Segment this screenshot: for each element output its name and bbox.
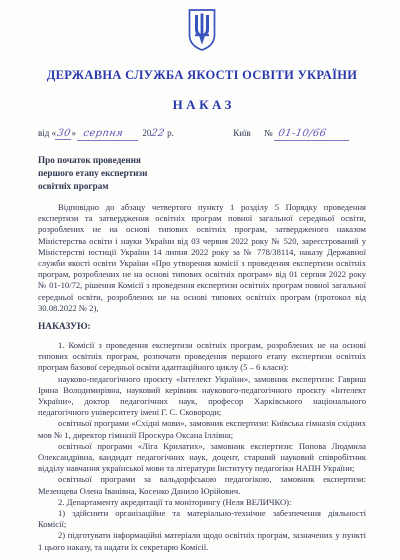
order-heading: НАКАЗ — [38, 97, 366, 113]
date-prefix-label: від « — [38, 128, 56, 138]
order-items: 1. Комісії з проведення експертизи освіт… — [38, 340, 366, 553]
number-sign: № — [264, 128, 273, 138]
preamble-paragraph: Відповідно до абзацу четвертого пункту 1… — [38, 202, 366, 314]
subject-block: Про початок проведення першого етапу екс… — [38, 154, 366, 193]
order-paragraph: освітньої програми за вальдорфською педа… — [38, 474, 366, 496]
scanned-order-document: ДЕРЖАВНА СЛУЖБА ЯКОСТІ ОСВІТИ УКРАЇНИ НА… — [0, 0, 400, 560]
subject-line: першого етапу експертизи — [38, 167, 366, 180]
city-label: Київ — [206, 128, 264, 138]
doc-number-line: № 01-10/66 — [264, 128, 366, 141]
date-line: від «30» серпня2022 р. — [38, 128, 206, 141]
order-paragraph: освітньої програми «Ліга Крилатих», замо… — [38, 441, 366, 475]
subject-line: освітніх програм — [38, 180, 366, 193]
order-paragraph: освітньої програми «Східні мови», замовн… — [38, 418, 366, 440]
handwritten-number: 01-10/66 — [274, 129, 351, 141]
order-paragraph: 2. Департаменту акредитації та моніторин… — [38, 497, 366, 508]
agency-name: ДЕРЖАВНА СЛУЖБА ЯКОСТІ ОСВІТИ УКРАЇНИ — [38, 68, 366, 83]
order-paragraph: 2) підготувати інформаційні матеріали що… — [38, 530, 366, 552]
order-paragraph: науково-педагогічного проєкту «Інтелект … — [38, 374, 366, 419]
handwritten-day: 30 — [55, 129, 72, 140]
resolution-word: НАКАЗУЮ: — [38, 321, 366, 333]
emblem-container — [38, 8, 366, 52]
order-paragraph: 1) здійснити організаційне та матеріальн… — [38, 508, 366, 530]
ukraine-trident-icon — [187, 8, 217, 52]
subject-line: Про початок проведення — [38, 154, 366, 167]
year-suffix: р. — [167, 128, 174, 138]
meta-row: від «30» серпня2022 р. Київ № 01-10/66 — [38, 128, 366, 141]
handwritten-month: серпня — [77, 129, 140, 141]
handwritten-year: 22 — [150, 129, 165, 139]
order-paragraph: 1. Комісії з проведення експертизи освіт… — [38, 340, 366, 374]
